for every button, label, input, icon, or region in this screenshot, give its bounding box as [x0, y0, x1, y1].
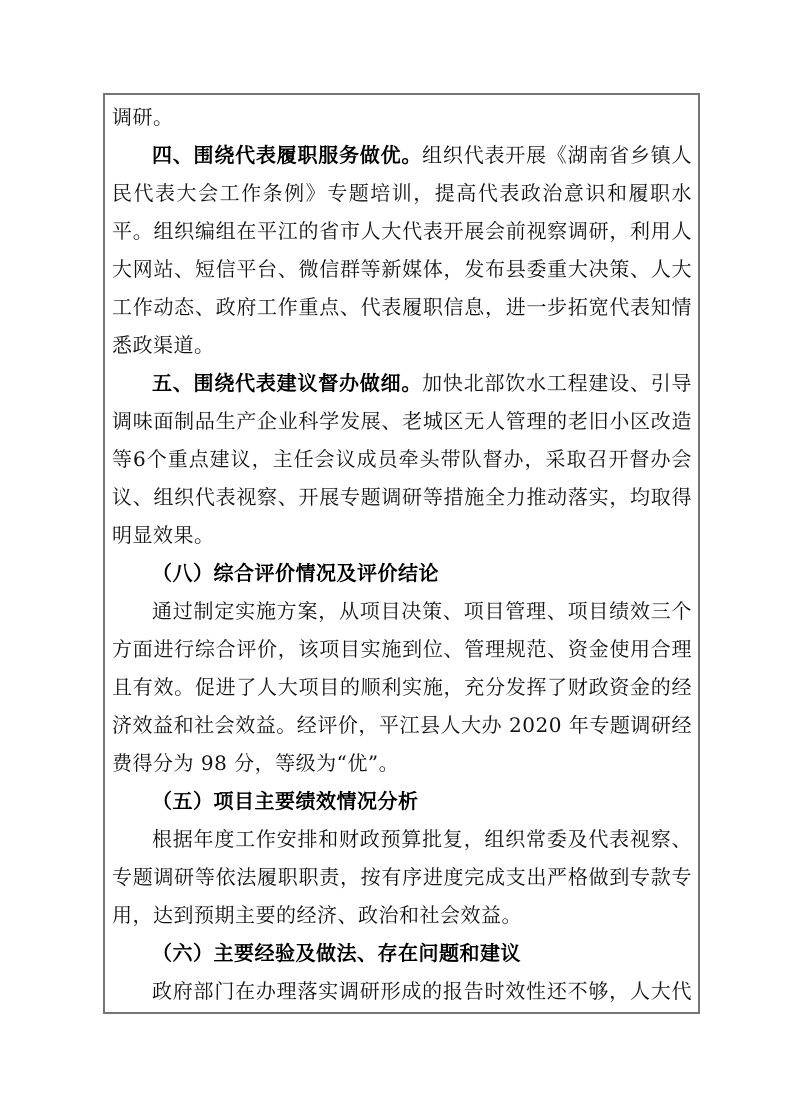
paragraph-text: 组织代表开展《湖南省乡镇人民代表大会工作条例》专题培训，提高代表政治意识和履职水… — [112, 143, 692, 357]
body-paragraph: 调研。 — [112, 98, 692, 136]
paragraph-text: 调研。 — [112, 105, 174, 129]
paragraph-text: 根据年度工作安排和财政预算批复，组织常委及代表视察、专题调研等依法履职职责，按有… — [112, 827, 692, 927]
body-paragraph: 政府部门在办理落实调研形成的报告时效性还不够，人大代表调研能力和知识面还要不断加… — [112, 972, 692, 1014]
paragraph-text: 加快北部饮水工程建设、引导调味面制品生产企业科学发展、老城区无人管理的老旧小区改… — [112, 371, 692, 547]
section-heading: （六）主要经验及做法、存在问题和建议 — [112, 934, 692, 972]
table-cell: 调研。四、围绕代表履职服务做优。组织代表开展《湖南省乡镇人民代表大会工作条例》专… — [103, 93, 700, 1014]
paragraph-bold-lead: 四、围绕代表履职服务做优。 — [152, 143, 422, 167]
paragraph-bold-lead: 五、围绕代表建议督办做细。 — [152, 371, 422, 395]
body-paragraph: 根据年度工作安排和财政预算批复，组织常委及代表视察、专题调研等依法履职职责，按有… — [112, 820, 692, 934]
paragraph-text: 政府部门在办理落实调研形成的报告时效性还不够，人大代表调研能力和知识面还要不断加… — [112, 979, 692, 1014]
body-paragraph: 四、围绕代表履职服务做优。组织代表开展《湖南省乡镇人民代表大会工作条例》专题培训… — [112, 136, 692, 364]
section-heading: （五）项目主要绩效情况分析 — [112, 782, 692, 820]
paragraph-text: 通过制定实施方案，从项目决策、项目管理、项目绩效三个方面进行综合评价，该项目实施… — [112, 599, 692, 775]
paragraph-text: （五）项目主要绩效情况分析 — [152, 789, 419, 813]
paragraph-text: （八）综合评价情况及评价结论 — [152, 561, 439, 585]
paragraph-text: （六）主要经验及做法、存在问题和建议 — [152, 941, 521, 965]
body-paragraph: 五、围绕代表建议督办做细。加快北部饮水工程建设、引导调味面制品生产企业科学发展、… — [112, 364, 692, 554]
body-paragraph: 通过制定实施方案，从项目决策、项目管理、项目绩效三个方面进行综合评价，该项目实施… — [112, 592, 692, 782]
document-page: 调研。四、围绕代表履职服务做优。组织代表开展《湖南省乡镇人民代表大会工作条例》专… — [0, 0, 790, 1118]
section-heading: （八）综合评价情况及评价结论 — [112, 554, 692, 592]
